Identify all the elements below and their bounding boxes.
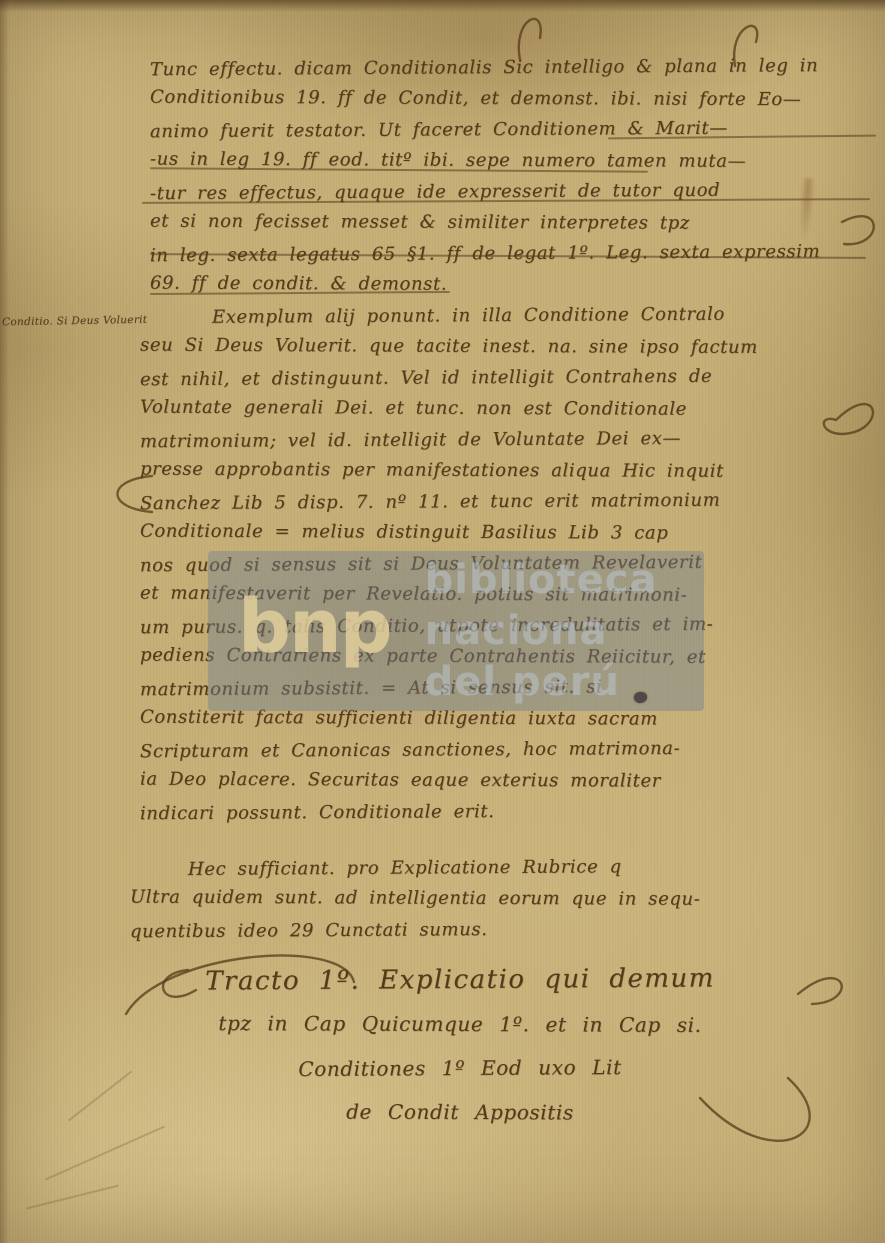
manuscript-line: et manifestaverit per Revelatio. potius …	[140, 578, 874, 612]
manuscript-line: Conditionibus 19. ff de Condit, et demon…	[150, 82, 874, 116]
manuscript-page: Conditio. Si Deus Voluerit Tunc effectu.…	[0, 0, 885, 1243]
manuscript-line: matrimonium subsistit. = At si sensus si…	[140, 670, 874, 705]
paragraph-2: Exemplum alij ponunt. in illa Conditione…	[140, 300, 874, 827]
manuscript-line: indicari possunt. Conditionale erit.	[140, 794, 874, 829]
manuscript-line: Exemplum alij ponunt. in illa Conditione…	[140, 298, 874, 333]
manuscript-line: pediens Contrariens ex parte Contrahenti…	[140, 640, 874, 674]
manuscript-line: et si non fecisset messet & similiter in…	[150, 206, 874, 240]
paragraph-1: Tunc effectu. dicam Conditionalis Sic in…	[150, 52, 874, 300]
manuscript-line: ia Deo placere. Securitas eaque exterius…	[140, 764, 874, 798]
manuscript-line: tpz in Cap Quicumque 1º. et in Cap si.	[100, 1001, 820, 1048]
manuscript-line: Constiterit facta sufficienti diligentia…	[140, 702, 874, 736]
manuscript-line: -us in leg 19. ff eod. titº ibi. sepe nu…	[150, 144, 874, 178]
manuscript-line: Conditiones 1º Eod uxo Lit	[100, 1044, 820, 1092]
manuscript-line: Scripturam et Canonicas sanctiones, hoc …	[140, 732, 874, 767]
manuscript-line: Voluntate generali Dei. et tunc. non est…	[140, 392, 874, 426]
manuscript-line: Sanchez Lib 5 disp. 7. nº 11. et tunc er…	[140, 484, 874, 519]
margin-note: Conditio. Si Deus Voluerit	[2, 314, 152, 329]
closing-heading: Tracto 1º. Explicatio qui demum tpz in C…	[100, 958, 820, 1134]
manuscript-line: Tracto 1º. Explicatio qui demum	[100, 956, 820, 1004]
paragraph-3: Hec sufficiant. pro Explicatione Rubrice…	[130, 852, 874, 945]
manuscript-line: -tur res effectus, quaque ide expresseri…	[150, 174, 874, 209]
manuscript-line: Tunc effectu. dicam Conditionalis Sic in…	[150, 50, 874, 85]
manuscript-line: matrimonium; vel id. intelligit de Volun…	[140, 422, 874, 457]
manuscript-line: Ultra quidem sunt. ad intelligentia eoru…	[130, 882, 874, 916]
manuscript-line: animo fuerit testator. Ut faceret Condit…	[150, 112, 874, 147]
manuscript-line: 69. ff de condit. & demonst.	[150, 268, 874, 302]
manuscript-line: presse approbantis per manifestationes a…	[140, 454, 874, 488]
paper-crease	[26, 1185, 119, 1209]
manuscript-line: de Condit Appositis	[100, 1089, 820, 1136]
manuscript-line: Hec sufficiant. pro Explicatione Rubrice…	[130, 850, 874, 886]
manuscript-line: Conditionale = melius distinguit Basiliu…	[140, 516, 874, 550]
manuscript-line: nos quod si sensus sit si Deus Voluntate…	[140, 546, 874, 581]
manuscript-line: seu Si Deus Voluerit. que tacite inest. …	[140, 330, 874, 364]
manuscript-line: quentibus ideo 29 Cunctati sumus.	[130, 912, 874, 948]
manuscript-line: est nihil, et distinguunt. Vel id intell…	[140, 360, 874, 395]
manuscript-line: um purus. q. talis Conditio, utpote incr…	[140, 608, 874, 643]
